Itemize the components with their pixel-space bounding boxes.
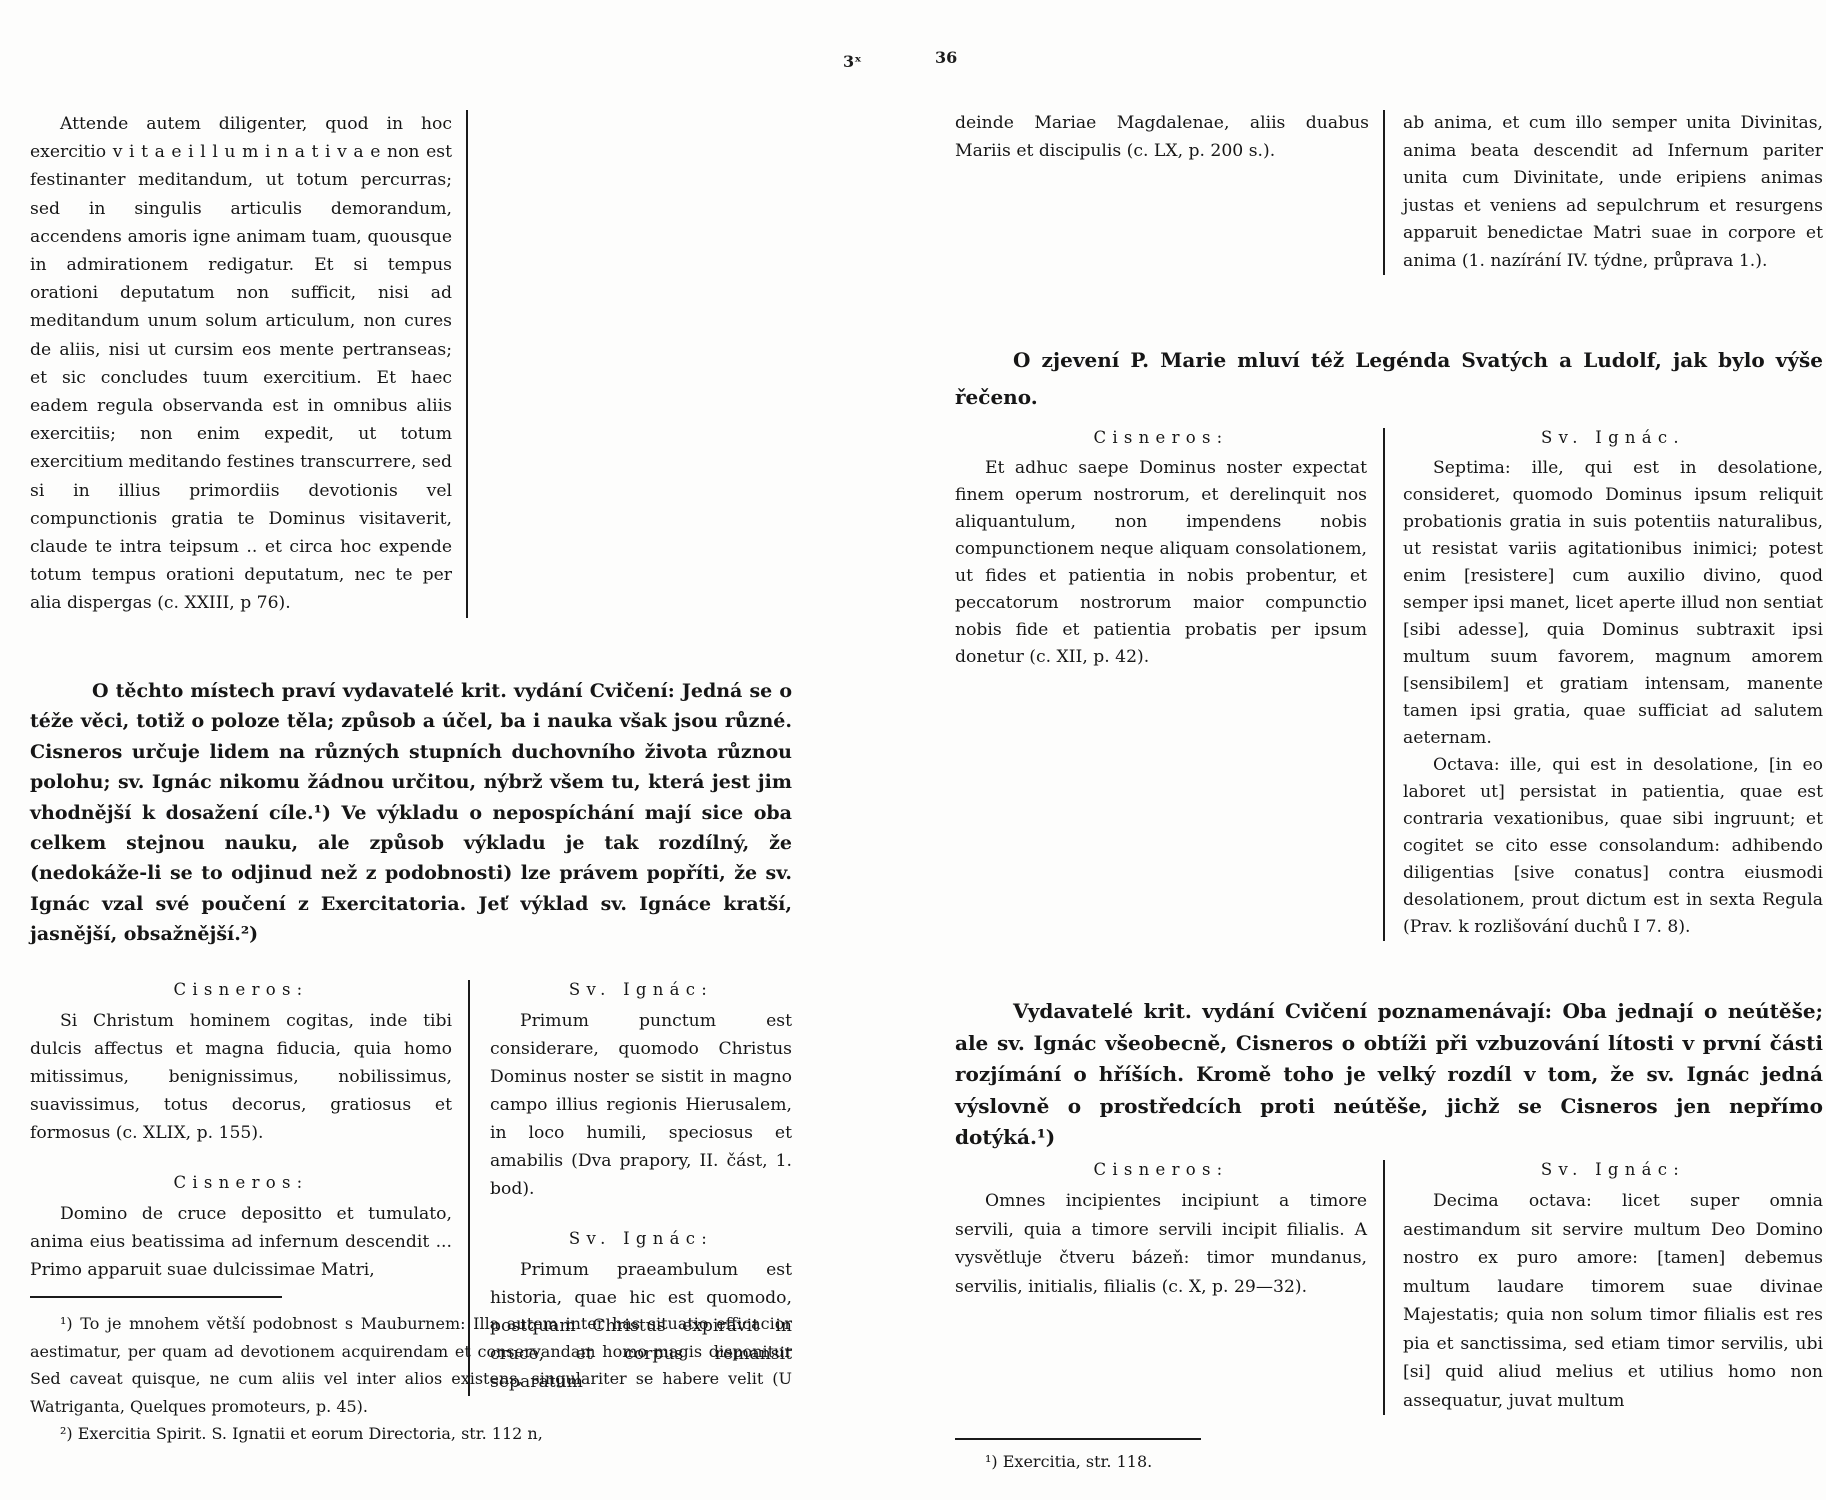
editorial-note-editors: Vydavatelé krit. vydání Cvičení poznamen… (955, 996, 1823, 1154)
editorial-heading-marian: O zjevení P. Marie mluví též Legénda Sva… (955, 342, 1823, 416)
top-right-column: ab anima, et cum illo semper unita Divin… (1385, 110, 1823, 275)
book-scan-spread: { "page_left": { "signature_mark": "3ˣ",… (0, 0, 1826, 1500)
column-heading-ignac: Sv. Ignác: (490, 1229, 792, 1248)
column-heading-cisneros: Cisneros: (30, 980, 452, 999)
column-heading-cisneros: Cisneros: (955, 1160, 1367, 1179)
right-page-top-block: deinde Mariae Magdalenae, aliis duabus M… (955, 110, 1823, 275)
cisneros-column: Cisneros: Omnes incipientes incipiunt a … (955, 1160, 1383, 1415)
latin-quote-ab-anima: ab anima, et cum illo semper unita Divin… (1403, 110, 1823, 275)
footnote-1-right: ¹) Exercitia, str. 118. (985, 1448, 1805, 1476)
footnote-separator-rule (955, 1438, 1201, 1440)
footnote-1: ¹) To je mnohem větší podobnost s Maubur… (30, 1310, 792, 1420)
ignac-column: Sv. Ignác. Septima: ille, qui est in des… (1385, 428, 1823, 941)
latin-quote-octava: Octava: ille, qui est in desolatione, [i… (1403, 752, 1823, 941)
footnote-2: ²) Exercitia Spirit. S. Ignatii et eorum… (30, 1420, 792, 1448)
column-heading-cisneros: Cisneros: (30, 1173, 452, 1192)
editorial-note-czech: O těchto místech praví vydavatelé krit. … (30, 676, 792, 950)
latin-quote-omnes-incipientes: Omnes incipientes incipiunt a timore ser… (955, 1187, 1367, 1301)
latin-quote-domino-de-cruce: Domino de cruce depositto et tumulato, a… (30, 1200, 452, 1284)
column-heading-ignac: Sv. Ignác. (1403, 428, 1823, 447)
right-page-comparison-block-2: Cisneros: Omnes incipientes incipiunt a … (955, 1160, 1823, 1415)
column-heading-ignac: Sv. Ignác: (490, 980, 792, 999)
left-page-top-column: Attende autem diligenter, quod in hoc ex… (30, 110, 466, 618)
column-heading-cisneros: Cisneros: (955, 428, 1367, 447)
right-page-comparison-block-1: Cisneros: Et adhuc saepe Dominus noster … (955, 428, 1823, 941)
latin-quote-primum-punctum: Primum punctum est considerare, quomodo … (490, 1007, 792, 1203)
left-page-footnotes: ¹) To je mnohem větší podobnost s Maubur… (30, 1310, 792, 1448)
column-heading-ignac: Sv. Ignác: (1403, 1160, 1823, 1179)
top-left-column: deinde Mariae Magdalenae, aliis duabus M… (955, 110, 1383, 275)
left-page-top-block: Attende autem diligenter, quod in hoc ex… (30, 110, 792, 618)
latin-quote-deinde-mariae: deinde Mariae Magdalenae, aliis duabus M… (955, 110, 1369, 165)
latin-quote-septima: Septima: ille, qui est in desolatione, c… (1403, 455, 1823, 752)
latin-quote-attende: Attende autem diligenter, quod in hoc ex… (30, 110, 452, 618)
latin-quote-et-adhuc: Et adhuc saepe Dominus noster expectat f… (955, 455, 1367, 671)
left-page-signature-mark: 3ˣ (843, 52, 862, 71)
right-page-number: 36 (935, 48, 957, 67)
footnote-separator-rule (30, 1296, 282, 1298)
latin-quote-decima-octava: Decima octava: licet super omnia aestima… (1403, 1187, 1823, 1415)
latin-quote-si-christum: Si Christum hominem cogitas, inde tibi d… (30, 1007, 452, 1147)
cisneros-column: Cisneros: Et adhuc saepe Dominus noster … (955, 428, 1383, 941)
left-page-top-empty-column (468, 110, 792, 618)
ignac-column: Sv. Ignác: Decima octava: licet super om… (1385, 1160, 1823, 1415)
